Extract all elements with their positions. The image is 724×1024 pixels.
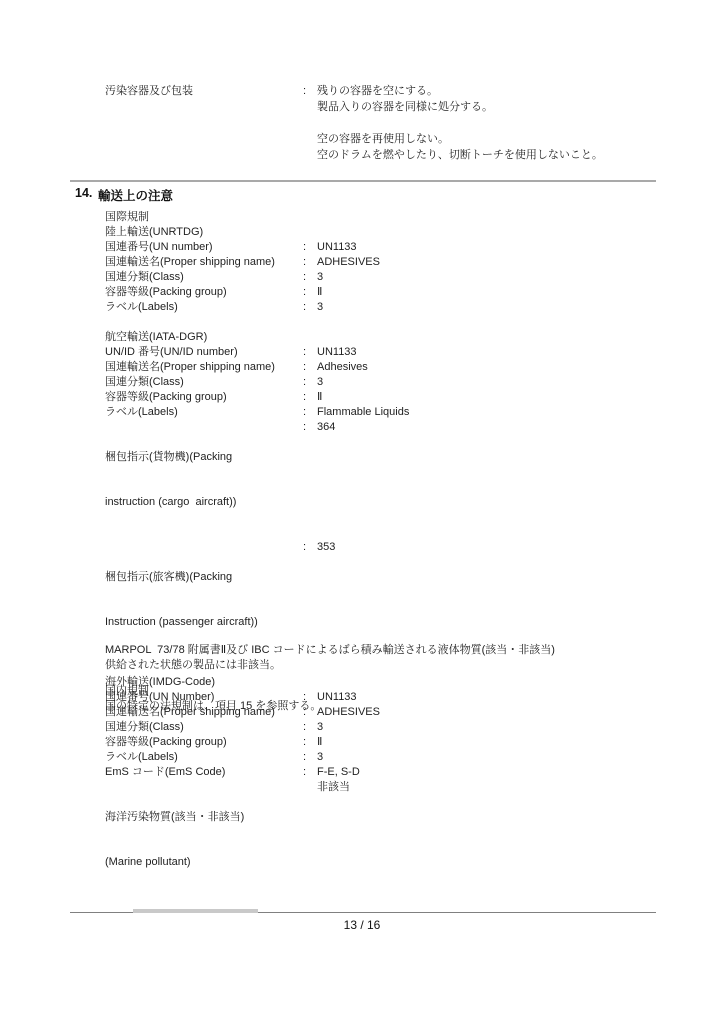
field-label: 汚染容器及び包装 [105,83,303,99]
table-row: UN/ID 番号(UN/ID number) : UN1133 [105,345,409,360]
field-label: 国連番号(UN number) [105,240,303,255]
table-row: 国連分類(Class) : 3 [105,270,409,285]
colon-separator: : [303,390,317,405]
field-label-line1: 海洋汚染物質(該当・非該当) [105,810,303,825]
table-row: 容器等級(Packing group) : Ⅱ [105,390,409,405]
colon-separator: : [303,405,317,420]
colon-separator: : [303,750,317,765]
field-label: EmS コード(EmS Code) [105,765,303,780]
domestic-line: 国の特定の法規制は、項目 15 を参照する。 [105,699,321,714]
table-row: ラベル(Labels) : 3 [105,750,409,765]
field-label: 国連輸送名(Proper shipping name) [105,360,303,375]
field-label-line2: (Marine pollutant) [105,855,303,870]
field-label: UN/ID 番号(UN/ID number) [105,345,303,360]
table-row: 国連輸送名(Proper shipping name) : ADHESIVES [105,255,409,270]
field-label: 海洋汚染物質(該当・非該当) (Marine pollutant) [105,780,303,900]
table-row: 国連分類(Class) : 3 [105,375,409,390]
field-label: 国連分類(Class) [105,270,303,285]
sds-document-page: 汚染容器及び包装 : 残りの容器を空にする。 製品入りの容器を同様に処分する。 … [0,0,724,1024]
field-value-lines: 残りの容器を空にする。 製品入りの容器を同様に処分する。 空の容器を再使用しない… [317,83,603,163]
field-value: 3 [317,270,409,285]
field-value: 364 [317,420,409,435]
colon-separator: : [303,285,317,300]
value-line: 空の容器を再使用しない。 [317,131,603,147]
section-title: 輸送上の注意 [98,186,173,204]
table-row: 海洋汚染物質(該当・非該当) (Marine pollutant) 非該当 [105,780,409,900]
field-label: 国連分類(Class) [105,375,303,390]
value-line: 空のドラムを燃やしたり、切断トーチを使用しないこと。 [317,147,603,163]
field-label-line1: 梱包指示(旅客機)(Packing [105,570,303,585]
field-value: 3 [317,750,409,765]
field-label: ラベル(Labels) [105,300,303,315]
marpol-note: MARPOL 73/78 附属書Ⅱ及び IBC コードによるばら積み輸送される液… [105,643,555,673]
field-value: 3 [317,375,409,390]
marpol-line: MARPOL 73/78 附属書Ⅱ及び IBC コードによるばら積み輸送される液… [105,643,555,658]
section-divider [70,180,656,182]
section-number: 14. [75,186,98,204]
field-label: ラベル(Labels) [105,405,303,420]
table-row: 国連分類(Class) : 3 [105,720,409,735]
page-number: 13 / 16 [0,918,724,932]
land-transport-heading: 陸上輸送(UNRTDG) [105,225,409,240]
table-row: 梱包指示(旅客機)(Packing Instruction (passenger… [105,540,409,660]
air-transport-heading: 航空輸送(IATA-DGR) [105,330,409,345]
colon-separator: : [303,360,317,375]
colon-separator: : [303,83,317,99]
table-row: EmS コード(EmS Code) : F-E, S-D [105,765,409,780]
field-value: Flammable Liquids [317,405,409,420]
table-row: ラベル(Labels) : Flammable Liquids [105,405,409,420]
field-label-line2: instruction (cargo aircraft)) [105,495,303,510]
field-value: ADHESIVES [317,255,409,270]
field-label: 容器等級(Packing group) [105,285,303,300]
contaminated-packaging-row: 汚染容器及び包装 : 残りの容器を空にする。 製品入りの容器を同様に処分する。 … [105,83,603,163]
colon-separator: : [303,375,317,390]
international-heading: 国際規制 [105,210,409,225]
value-line: 残りの容器を空にする。 [317,83,603,99]
colon-separator: : [303,255,317,270]
table-row: 容器等級(Packing group) : Ⅱ [105,285,409,300]
field-label-line1: 梱包指示(貨物機)(Packing [105,450,303,465]
table-row: ラベル(Labels) : 3 [105,300,409,315]
table-row: 国連番号(UN number) : UN1133 [105,240,409,255]
domestic-regulations-block: 国内規制 国の特定の法規制は、項目 15 を参照する。 [105,684,321,714]
field-value: ADHESIVES [317,705,409,720]
field-value: UN1133 [317,240,409,255]
field-value: UN1133 [317,345,409,360]
field-label: 国連輸送名(Proper shipping name) [105,255,303,270]
field-label: 国連分類(Class) [105,720,303,735]
field-label-line2: Instruction (passenger aircraft)) [105,615,303,630]
colon-separator: : [303,540,317,555]
footer-divider-segment [133,909,258,913]
blank-line [105,315,409,330]
field-value: 3 [317,720,409,735]
field-value: 非該当 [317,780,409,795]
field-label: 容器等級(Packing group) [105,735,303,750]
field-value: UN1133 [317,690,409,705]
field-value: Ⅱ [317,285,409,300]
value-line [317,115,603,131]
colon-separator: : [303,300,317,315]
colon-separator: : [303,720,317,735]
field-label: ラベル(Labels) [105,750,303,765]
field-value: Ⅱ [317,390,409,405]
value-line: 製品入りの容器を同様に処分する。 [317,99,603,115]
field-label: 容器等級(Packing group) [105,390,303,405]
field-value: 353 [317,540,409,555]
field-value: Adhesives [317,360,409,375]
table-row: 容器等級(Packing group) : Ⅱ [105,735,409,750]
field-value: Ⅱ [317,735,409,750]
section-14-heading: 14. 輸送上の注意 [75,186,173,204]
table-row: 梱包指示(貨物機)(Packing instruction (cargo air… [105,420,409,540]
marpol-line: 供給された状態の製品には非該当。 [105,658,555,673]
colon-separator: : [303,270,317,285]
colon-separator: : [303,765,317,780]
table-row: 国連輸送名(Proper shipping name) : Adhesives [105,360,409,375]
field-label: 梱包指示(貨物機)(Packing instruction (cargo air… [105,420,303,540]
colon-separator: : [303,240,317,255]
colon-separator: : [303,735,317,750]
colon-separator: : [303,420,317,435]
field-label: 梱包指示(旅客機)(Packing Instruction (passenger… [105,540,303,660]
international-regulations-block: 国際規制 陸上輸送(UNRTDG) 国連番号(UN number) : UN11… [105,210,409,900]
field-value: F-E, S-D [317,765,409,780]
colon-separator: : [303,345,317,360]
field-value: 3 [317,300,409,315]
domestic-heading: 国内規制 [105,684,321,699]
